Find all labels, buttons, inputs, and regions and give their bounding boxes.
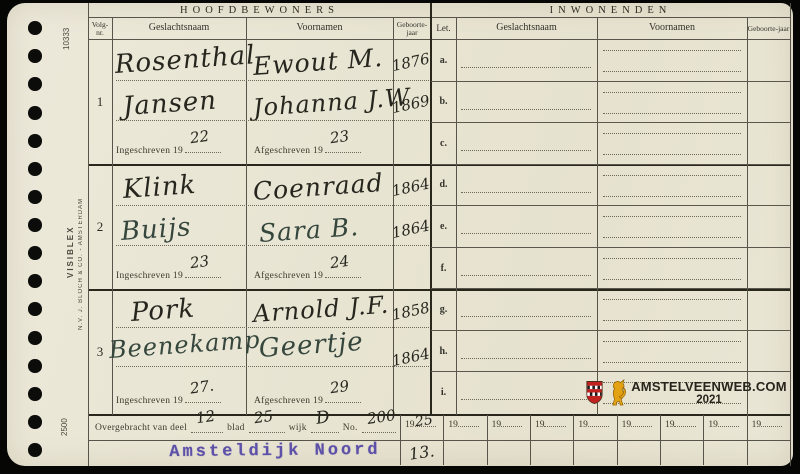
afgeschreven-year-handwritten: 29: [329, 377, 350, 397]
ingeschreven-year-handwritten: 23: [189, 252, 210, 272]
row-letter: h.: [431, 331, 456, 372]
inwonenden-rows: a. b. c. d. e. f. g. h.: [431, 40, 790, 414]
maker-imprint: N.V. J. BLOCH & CO. - AMSTERDAM: [78, 150, 84, 330]
year-cell: 19 25: [400, 415, 443, 440]
col-header-voornamen-right: Voornamen: [597, 18, 747, 39]
year-cell: 19: [573, 415, 616, 440]
surname-handwritten: Beenekamp: [108, 325, 261, 364]
birthyear-handwritten: 1858: [390, 298, 431, 324]
col-header-geslachtsnaam-left: Geslachtsnaam: [112, 18, 246, 39]
resident-group-1: 1 Rosenthal Ewout M. 1876 Jansen Johanna…: [88, 40, 431, 164]
scan-background: { "card": { "serial_top": "10333", "bran…: [0, 0, 800, 474]
serial-number-top: 10333: [62, 5, 71, 50]
year-value-handwritten: 25: [414, 412, 434, 430]
firstnames-handwritten: Sara B.: [258, 212, 360, 248]
firstnames-handwritten: Johanna J.W: [252, 83, 411, 122]
firstnames-handwritten: Coenraad: [252, 168, 385, 206]
year-cell: 19: [703, 415, 746, 440]
volgnr-value: 2: [88, 165, 112, 289]
year-cell: 19: [660, 415, 703, 440]
col-header-geslachtsnaam-right: Geslachtsnaam: [456, 18, 597, 39]
row-letter: a.: [431, 40, 456, 81]
afgeschreven-label: Afgeschreven 19: [254, 146, 323, 156]
section-title-inwonenden: INWONENDEN: [431, 5, 790, 17]
birthyear-handwritten: 1864: [390, 216, 431, 242]
birthyear-handwritten: 1876: [390, 49, 431, 75]
col-header-voornamen-left: Voornamen: [246, 18, 393, 39]
lodger-row: c.: [431, 123, 790, 165]
col-header-geboortejaar-left: Geboorte-jaar: [393, 18, 431, 39]
amstelveen-crest-icon: [586, 380, 603, 405]
firstnames-handwritten: Ewout M.: [252, 43, 384, 81]
surname-handwritten: Jansen: [122, 86, 218, 122]
blad-handwritten: 25: [253, 406, 274, 426]
card-number-handwritten: 13.: [408, 441, 436, 463]
blad-label: blad: [227, 423, 245, 433]
year-cell: 19: [443, 415, 486, 440]
row-letter: f.: [431, 248, 456, 289]
year-cells: 19 25 19 19 19 19 19 19 19 19 13.: [400, 415, 790, 465]
afgeschreven-year-handwritten: 23: [329, 127, 350, 147]
ingeschreven-label: Ingeschreven 19: [116, 396, 183, 406]
lodger-row: g.: [431, 289, 790, 331]
overgebracht-row: Overgebracht van deel 12 blad 25 wijk D …: [88, 415, 400, 440]
resident-group-2: 2 Klink Coenraad 1864 Buijs Sara B. 1864…: [88, 165, 431, 289]
col-header-let: Let.: [431, 18, 456, 39]
ingeschreven-label: Ingeschreven 19: [116, 271, 183, 281]
address-stamp: Amsteldijk Noord: [148, 441, 402, 466]
firstnames-handwritten: Geertje: [258, 327, 365, 364]
lodger-row: d.: [431, 165, 790, 207]
afgeschreven-year-handwritten: 24: [329, 252, 350, 272]
brand-visiblex: VISIBLEX: [66, 198, 75, 278]
year-cell: 19: [747, 415, 790, 440]
amstelveenweb-watermark: AMSTELVEENWEB.COM 2021: [586, 375, 788, 409]
lion-rampant-icon: [606, 378, 627, 406]
watermark-site-text: AMSTELVEENWEB.COM: [630, 379, 788, 394]
surname-handwritten: Klink: [122, 170, 197, 205]
lodger-row: f.: [431, 248, 790, 290]
surname-handwritten: Buijs: [120, 212, 192, 247]
afgeschreven-label: Afgeschreven 19: [254, 396, 323, 406]
card-number-cell: 13.: [400, 440, 443, 465]
deel-handwritten: 12: [195, 406, 216, 426]
year-cell: 19: [530, 415, 573, 440]
row-letter: g.: [431, 289, 456, 330]
section-title-hoofdbewoners: HOOFDBEWONERS: [88, 5, 431, 17]
no-label: No.: [343, 423, 358, 433]
wijk-handwritten: D: [314, 407, 330, 429]
volgnr-value: 1: [88, 40, 112, 164]
serial-number-bottom: 2500: [60, 398, 69, 436]
row-letter: d.: [431, 165, 456, 206]
ingeschreven-label: Ingeschreven 19: [116, 146, 183, 156]
lodger-row: b.: [431, 82, 790, 124]
surname-handwritten: Rosenthal: [114, 40, 256, 80]
ingeschreven-year-handwritten: 22: [189, 127, 210, 147]
wijk-label: wijk: [289, 423, 307, 433]
firstnames-handwritten: Arnold J.F.: [252, 291, 390, 328]
row-letter: i.: [431, 372, 456, 413]
ingeschreven-year-handwritten: 27.: [189, 376, 215, 397]
row-letter: c.: [431, 123, 456, 164]
lodger-row: a.: [431, 40, 790, 82]
resident-group-3: 3 Pork Arnold J.F. 1858 Beenekamp Geertj…: [88, 290, 431, 414]
surname-handwritten: Pork: [130, 294, 196, 328]
no-handwritten: 200: [366, 406, 397, 428]
birthyear-handwritten: 1864: [390, 174, 431, 200]
row-letter: e.: [431, 206, 456, 247]
year-cell: 19: [487, 415, 530, 440]
row-letter: b.: [431, 82, 456, 123]
col-header-volgnr: Volg-nr.: [88, 18, 112, 39]
afgeschreven-label: Afgeschreven 19: [254, 271, 323, 281]
col-header-geboortejaar-right: Geboorte-jaar: [747, 18, 790, 39]
year-cell: 19: [617, 415, 660, 440]
lodger-row: h.: [431, 331, 790, 373]
watermark-year-text: 2021: [630, 394, 788, 406]
overgebracht-label: Overgebracht van deel: [95, 423, 187, 433]
lodger-row: e.: [431, 206, 790, 248]
